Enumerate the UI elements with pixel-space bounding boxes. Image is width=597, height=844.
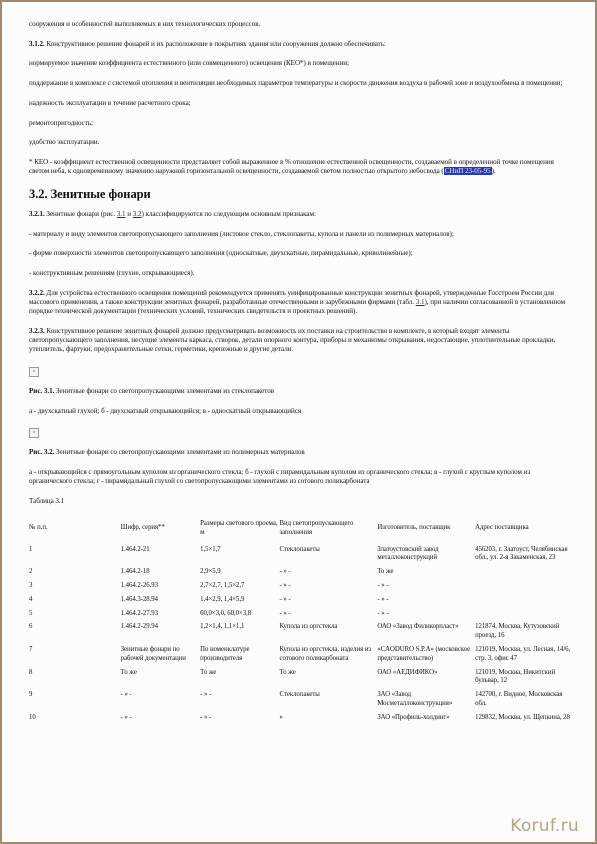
paragraph-text: и: [126, 210, 133, 218]
table-cell: То же: [121, 669, 200, 692]
table-cell: [475, 568, 577, 582]
table-cell: - » -: [280, 610, 378, 624]
column-header: Изготовитель, поставщик: [377, 520, 475, 546]
table-cell: 121019, Москва, ул. Лесная, 14/6, стр. 3…: [475, 646, 577, 669]
table-cell: - » -: [280, 582, 378, 596]
table-row: 11.464.2-211,5×1,7СтеклопакетыЗлатоустов…: [29, 546, 577, 569]
skylight-manufacturers-table: № п.п.Шифр, серия**Размеры светового про…: [29, 520, 577, 728]
table-row: 51.464.2-27.9360,0×3,0, 60,0×3,8- » -- »…: [29, 610, 577, 624]
list-item: - материалу и виду элементов светопропус…: [29, 230, 569, 239]
footnote-keo: * КЕО - коэффициент естественной освещен…: [29, 158, 569, 176]
table-cell: Златоустовский завод металлоконструкций: [377, 546, 475, 569]
list-item: - конструктивным решениям (глухие, откры…: [29, 269, 569, 278]
table-row: 9- » -- » -СтеклопакетыЗАО «Завод Мосмет…: [29, 691, 577, 714]
broken-image-icon[interactable]: ×: [29, 367, 39, 377]
table-cell: 1.464.2-26.93: [121, 582, 200, 596]
table-cell: [475, 582, 577, 596]
table-cell: 9: [29, 691, 121, 714]
table-cell: 4: [29, 596, 121, 610]
list-item: удобство эксплуатации.: [29, 138, 569, 147]
table-cell: 121019, Москва, Никитский бульвар, 12: [475, 669, 577, 692]
table-cell: «CAODURO S.P.A» (московское представител…: [377, 646, 475, 669]
broken-image-icon[interactable]: ×: [29, 428, 39, 438]
table-cell: - » -: [377, 582, 475, 596]
figure-3-1-caption: а - двухскатный глухой; б - двухскатный …: [29, 407, 569, 416]
paragraph-number: 3.2.1.: [29, 210, 45, 218]
table-cell: 2,9×5,9: [200, 568, 279, 582]
table-row: 8То жеТо жеТо жеОАО «АЕДИФИКО»121019, Мо…: [29, 669, 577, 692]
table-cell: 60,0×3,0, 60,0×3,8: [200, 610, 279, 624]
table-cell: Купола из оргстекла, изделия из сотового…: [280, 646, 378, 669]
list-item: - форме поверхности элементов светопропу…: [29, 249, 569, 258]
table-row: 7Зенитные фонари по рабочей документации…: [29, 646, 577, 669]
table-cell: 1.464.3-28.94: [121, 596, 200, 610]
table-cell: То же: [280, 669, 378, 692]
fig-3-1-link[interactable]: 3.1: [117, 210, 126, 218]
watermark-logo: Koruf.ru: [510, 816, 579, 836]
table-row: 41.464.3-28.941,4×2,9, 1,4×5,9- » -- » -: [29, 596, 577, 610]
list-item: поддержание в комплексе с системой отопл…: [29, 79, 569, 88]
table-cell: 5: [29, 610, 121, 624]
list-item: нормируемое значение коэффициента естест…: [29, 59, 569, 68]
figure-3-2-caption: а - открывающийся с прямоугольным куполо…: [29, 468, 569, 486]
table-cell: - » -: [200, 714, 279, 728]
table-cell: То же: [377, 568, 475, 582]
table-cell: 1: [29, 546, 121, 569]
figure-title: Зенитные фонари со светопропускающими эл…: [56, 387, 274, 395]
figure-number: Рис. 3.1.: [29, 387, 54, 395]
table-cell: - » -: [121, 691, 200, 714]
figure-number: Рис. 3.2.: [29, 448, 54, 456]
table-cell: [475, 610, 577, 624]
table-cell: То же: [200, 669, 279, 692]
table-cell: - » -: [280, 596, 378, 610]
paragraph-text: Зенитные фонари (рис.: [46, 210, 116, 218]
list-item: надежность эксплуатации в течение расчет…: [29, 99, 569, 108]
table-row: 61.464.2-29.941,2×1,4, 1,1×1,1Купола из …: [29, 623, 577, 646]
table-label: Таблица 3.1: [29, 497, 569, 506]
table-cell: Зенитные фонари по рабочей документации: [121, 646, 200, 669]
table-cell: - » -: [280, 568, 378, 582]
paragraph-3-2-3: 3.2.3. Конструктивное решение зенитных ф…: [29, 327, 569, 355]
table-cell: По номенклатуре производителя: [200, 646, 279, 669]
paragraph-number: 3.2.3.: [29, 327, 45, 335]
paragraph-3-2-1: 3.2.1. Зенитные фонари (рис. 3.1 и 3.2) …: [29, 210, 569, 219]
table-cell: 456203, г. Златоуст, Челябинская обл., у…: [475, 546, 577, 569]
paragraph-number: 3.2.2.: [29, 289, 45, 297]
column-header: Вид светопропускающего заполнения: [280, 520, 378, 546]
table-cell: ЗАО «Профиль-холдинг»: [377, 714, 475, 728]
table-cell: [475, 596, 577, 610]
table-cell: 129832, Москва, ул. Щепкина, 28: [475, 714, 577, 728]
table-cell: Купола из оргстекла: [280, 623, 378, 646]
figure-title: Зенитные фонари со светопропускающими эл…: [56, 448, 305, 456]
table-row: 31.464.2-26.932,7×2,7, 1,5×2,7- » -- » -: [29, 582, 577, 596]
table-cell: ОАО «Завод Филикорпласт»: [377, 623, 475, 646]
table-cell: 1.464.2-29.94: [121, 623, 200, 646]
paragraph-3-2-2: 3.2.2. Для устройства естественного осве…: [29, 289, 569, 317]
classification-list: - материалу и виду элементов светопропус…: [29, 230, 569, 279]
table-cell: 1.464.2-21: [121, 546, 200, 569]
table-cell: 2,7×2,7, 1,5×2,7: [200, 582, 279, 596]
document-body: сооружения и особенностей выполняемых в …: [29, 20, 569, 728]
table-cell: 1.464.2-27.93: [121, 610, 200, 624]
table-cell: - » -: [377, 610, 475, 624]
column-header: Шифр, серия**: [121, 520, 200, 546]
table-row: 21.464.2-182,9×5,9- » -То же: [29, 568, 577, 582]
paragraph-text: Конструктивное решение фонарей и их расп…: [46, 40, 385, 48]
table-cell: 142700, г. Видное, Московская обл.: [475, 691, 577, 714]
snip-23-05-95-link[interactable]: СНиП 23-05-95: [444, 167, 492, 175]
table-cell: 1,2×1,4, 1,1×1,1: [200, 623, 279, 646]
footnote-end: ).: [492, 167, 496, 175]
table-cell: 1,4×2,9, 1,4×5,9: [200, 596, 279, 610]
table-cell: - » -: [200, 691, 279, 714]
table-header-row: № п.п.Шифр, серия**Размеры светового про…: [29, 520, 577, 546]
table-cell: 2: [29, 568, 121, 582]
intro-line: сооружения и особенностей выполняемых в …: [29, 20, 569, 29]
table-cell: Стеклопакеты: [280, 691, 378, 714]
table-row: 10- » -- » -»ЗАО «Профиль-холдинг»129832…: [29, 714, 577, 728]
table-cell: 1,5×1,7: [200, 546, 279, 569]
paragraph-text: ) классифицируются по следующим основным…: [141, 210, 315, 218]
table-cell: 7: [29, 646, 121, 669]
column-header: Размеры светового проема, м: [200, 520, 279, 546]
table-cell: ОАО «АЕДИФИКО»: [377, 669, 475, 692]
requirements-list: нормируемое значение коэффициента естест…: [29, 59, 569, 147]
paragraph-3-1-2: 3.1.2. Конструктивное решение фонарей и …: [29, 40, 569, 49]
column-header: Адрес поставщика: [475, 520, 577, 546]
table-cell: - » -: [121, 714, 200, 728]
list-item: ремонтопригодность;: [29, 119, 569, 128]
table-cell: Стеклопакеты: [280, 546, 378, 569]
figure-3-2-title: Рис. 3.2. Зенитные фонари со светопропус…: [29, 448, 569, 457]
table-cell: »: [280, 714, 378, 728]
table-cell: 3: [29, 582, 121, 596]
table-cell: 10: [29, 714, 121, 728]
table-cell: 121874, Москва, Кутузовский проезд, 16: [475, 623, 577, 646]
table-cell: 8: [29, 669, 121, 692]
table-cell: 6: [29, 623, 121, 646]
table-cell: ЗАО «Завод Мосметаллоконструкция»: [377, 691, 475, 714]
table-cell: 1.464.2-18: [121, 568, 200, 582]
column-header: № п.п.: [29, 520, 121, 546]
table-cell: - » -: [377, 596, 475, 610]
section-title: 3.2. Зенитные фонари: [29, 187, 569, 201]
paragraph-text: Конструктивное решение зенитных фонарей …: [29, 327, 555, 353]
page-frame: сооружения и особенностей выполняемых в …: [0, 0, 597, 844]
paragraph-number: 3.1.2.: [29, 40, 45, 48]
figure-3-1-title: Рис. 3.1. Зенитные фонари со светопропус…: [29, 387, 569, 396]
